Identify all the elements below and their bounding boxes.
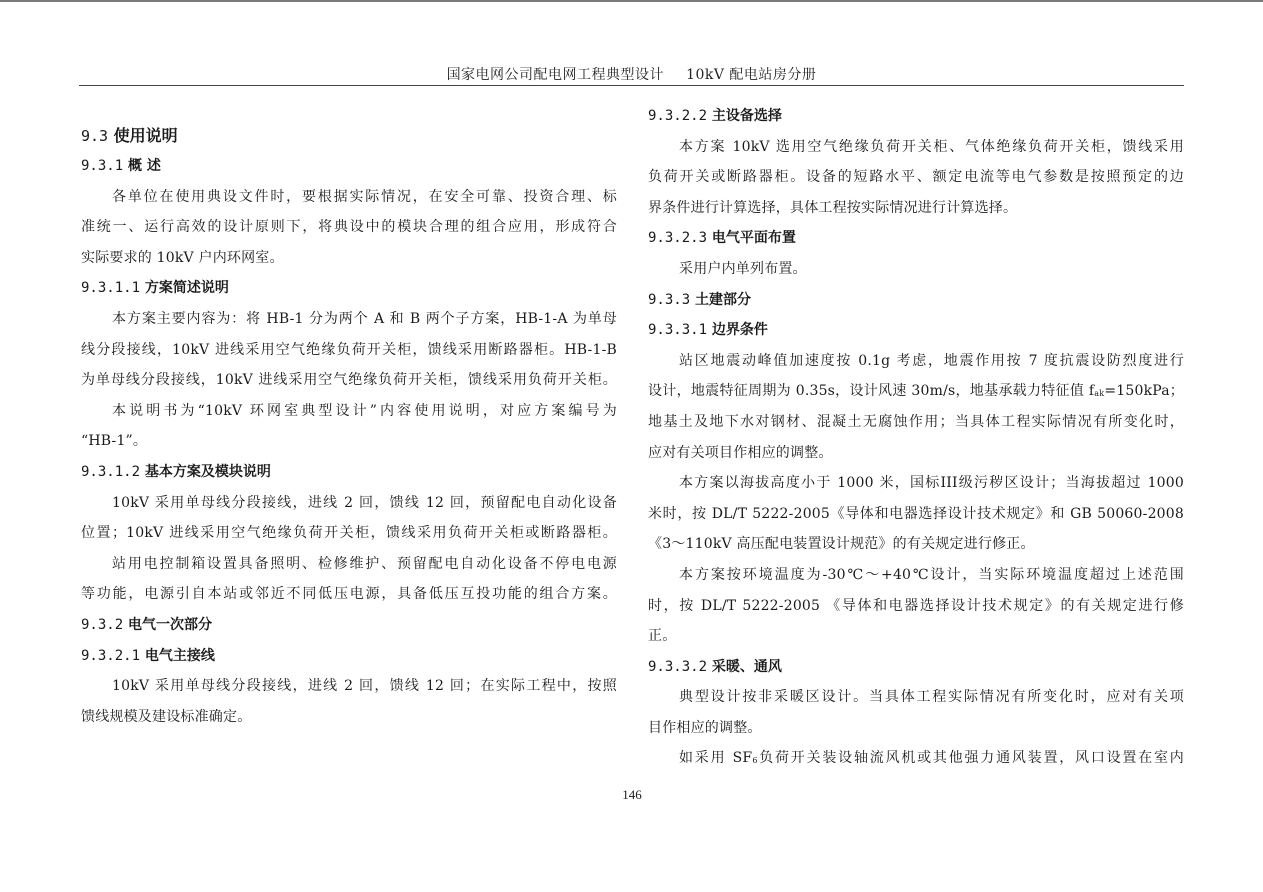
paragraph-layout: 采用户内单列布置。 [648,254,1184,285]
header-rule [79,85,1184,86]
paragraph-basic-scheme: 10kV 采用单母线分段接线，进线 2 回，馈线 12 回，预留配电自动化设备 … [81,488,617,549]
paragraph-station-power: 站用电控制箱设置具备照明、检修维护、预留配电自动化设备不停电电源 等功能，电源引… [81,549,617,610]
paragraph-temperature: 本方案按环境温度为-30℃～+40℃设计，当实际环境温度超过上述范围 时，按 D… [648,560,1184,652]
paragraph-altitude: 本方案以海拔高度小于 1000 米，国标III级污秽区设计；当海拔超过 1000… [648,468,1184,560]
section-heading-9-3-2-3: 9.3.2.3 电气平面布置 [648,223,1184,254]
paragraph-scheme-summary: 本方案主要内容为：将 HB-1 分为两个 A 和 B 两个子方案，HB-1-A … [81,304,617,396]
section-heading-9-3-2-2: 9.3.2.2 主设备选择 [648,101,1184,132]
paragraph-ventilation: 如采用 SF6负荷开关装设轴流风机或其他强力通风装置，风口设置在室内 [648,743,1184,774]
section-heading-9-3-2: 9.3.2 电气一次部分 [81,610,617,641]
header-subtitle: 10kV 配电站房分册 [686,67,816,83]
section-heading-9-3: 9.3 使用说明 [81,121,617,151]
page-number: 146 [600,787,664,803]
paragraph-main-wiring: 10kV 采用单母线分段接线，进线 2 回，馈线 12 回；在实际工程中，按照 … [81,671,617,732]
section-heading-9-3-2-1: 9.3.2.1 电气主接线 [81,641,617,672]
section-heading-9-3-1-2: 9.3.1.2 基本方案及模块说明 [81,457,617,488]
section-heading-9-3-3-2: 9.3.3.2 采暖、通风 [648,652,1184,683]
section-heading-9-3-3-1: 9.3.3.1 边界条件 [648,315,1184,346]
running-header: 国家电网公司配电网工程典型设计10kV 配电站房分册 [79,64,1184,84]
right-column: 9.3.2.2 主设备选择 本方案 10kV 选用空气绝缘负荷开关柜、气体绝缘负… [648,101,1184,774]
paragraph-scheme-number: 本说明书为“10kV 环网室典型设计”内容使用说明，对应方案编号为 “HB-1”… [81,396,617,457]
line-with-subscript: 如采用 SF6负荷开关装设轴流风机或其他强力通风装置，风口设置在室内 [648,743,1184,774]
header-title: 国家电网公司配电网工程典型设计 [447,67,665,83]
section-heading-9-3-1: 9.3.1 概 述 [81,151,617,182]
page-top-border [0,0,1263,2]
paragraph-boundary-conditions: 站区地震动峰值加速度按 0.1g 考虑，地震作用按 7 度抗震设防烈度进行 设计… [648,346,1184,468]
left-column: 9.3 使用说明 9.3.1 概 述 各单位在使用典设文件时，要根据实际情况，在… [81,100,617,732]
line-with-subscript: 设计，地震特征周期为 0.35s，设计风速 30m/s，地基承载力特征值 fak… [648,376,1184,407]
section-heading-9-3-1-1: 9.3.1.1 方案简述说明 [81,273,617,304]
paragraph-main-equipment: 本方案 10kV 选用空气绝缘负荷开关柜、气体绝缘负荷开关柜，馈线采用 负荷开关… [648,132,1184,224]
paragraph-overview: 各单位在使用典设文件时，要根据实际情况，在安全可靠、投资合理、标 准统一、运行高… [81,182,617,274]
paragraph-heating: 典型设计按非采暖区设计。当具体工程实际情况有所变化时，应对有关项 目作相应的调整… [648,682,1184,743]
section-heading-9-3-3: 9.3.3 土建部分 [648,285,1184,316]
